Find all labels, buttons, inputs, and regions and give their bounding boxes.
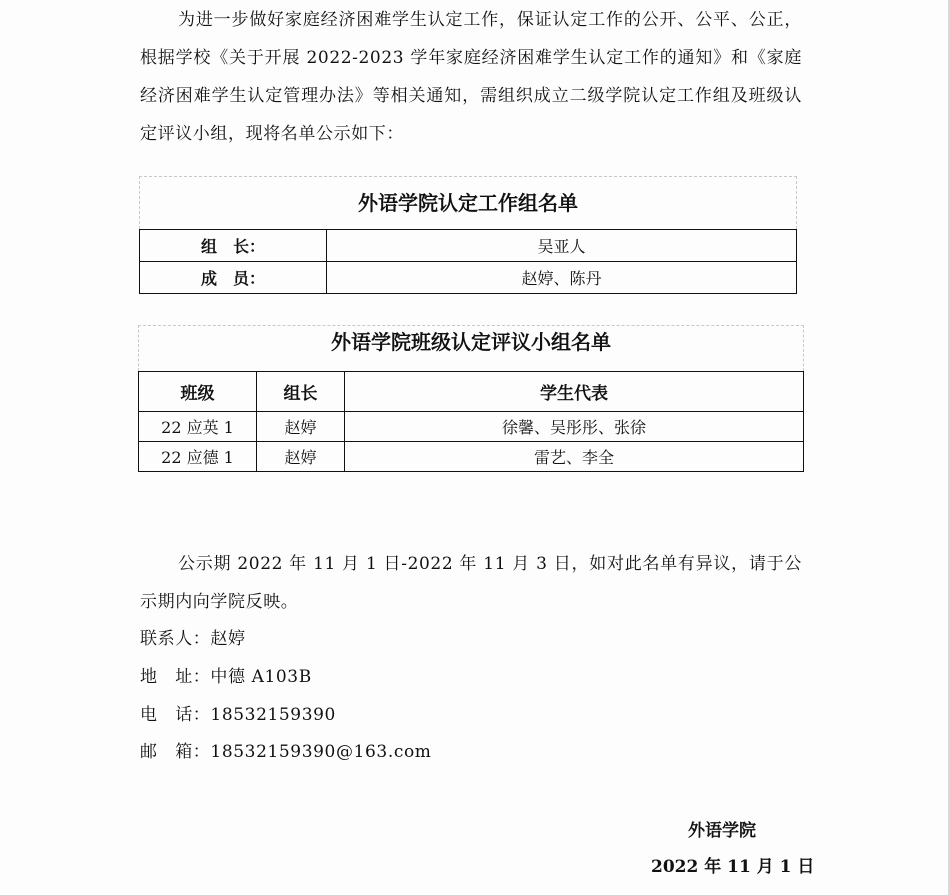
contact-address: 地 址：中德 A103B (140, 658, 312, 696)
contact-person: 联系人：赵婷 (140, 620, 246, 658)
table-row: 22 应英 1 赵婷 徐馨、吴彤彤、张徐 (139, 412, 804, 442)
cell-class: 22 应德 1 (139, 442, 257, 472)
members-value: 赵婷、陈丹 (327, 262, 797, 294)
intro-paragraph: 为进一步做好家庭经济困难学生认定工作，保证认定工作的公开、公平、公正，根据学校《… (140, 1, 802, 153)
signature-date: 2022 年 11 月 1 日 (651, 852, 814, 877)
class-group-table: 外语学院班级认定评议小组名单 班级 组长 学生代表 22 应英 1 赵婷 徐馨、… (138, 325, 804, 472)
table-row: 22 应德 1 赵婷 雷艺、李全 (139, 442, 804, 472)
class-group-title: 外语学院班级认定评议小组名单 (138, 325, 804, 371)
cell-leader: 赵婷 (257, 442, 345, 472)
cell-reps: 雷艺、李全 (345, 442, 804, 472)
table-row: 组 长： 吴亚人 (140, 230, 797, 262)
table-row: 成 员： 赵婷、陈丹 (140, 262, 797, 294)
cell-class: 22 应英 1 (139, 412, 257, 442)
leader-value: 吴亚人 (327, 230, 797, 262)
header-reps: 学生代表 (345, 372, 804, 412)
table-header-row: 班级 组长 学生代表 (139, 372, 804, 412)
notice-paragraph: 公示期 2022 年 11 月 1 日-2022 年 11 月 3 日，如对此名… (140, 545, 802, 621)
leader-label: 组 长： (140, 230, 327, 262)
header-class: 班级 (139, 372, 257, 412)
members-label: 成 员： (140, 262, 327, 294)
cell-leader: 赵婷 (257, 412, 345, 442)
work-group-title: 外语学院认定工作组名单 (139, 176, 797, 229)
cell-reps: 徐馨、吴彤彤、张徐 (345, 412, 804, 442)
work-group-table: 外语学院认定工作组名单 组 长： 吴亚人 成 员： 赵婷、陈丹 (139, 176, 797, 294)
header-leader: 组长 (257, 372, 345, 412)
contact-email: 邮 箱：18532159390@163.com (140, 733, 432, 771)
signature-org: 外语学院 (688, 816, 756, 841)
contact-phone: 电 话：18532159390 (140, 696, 336, 734)
